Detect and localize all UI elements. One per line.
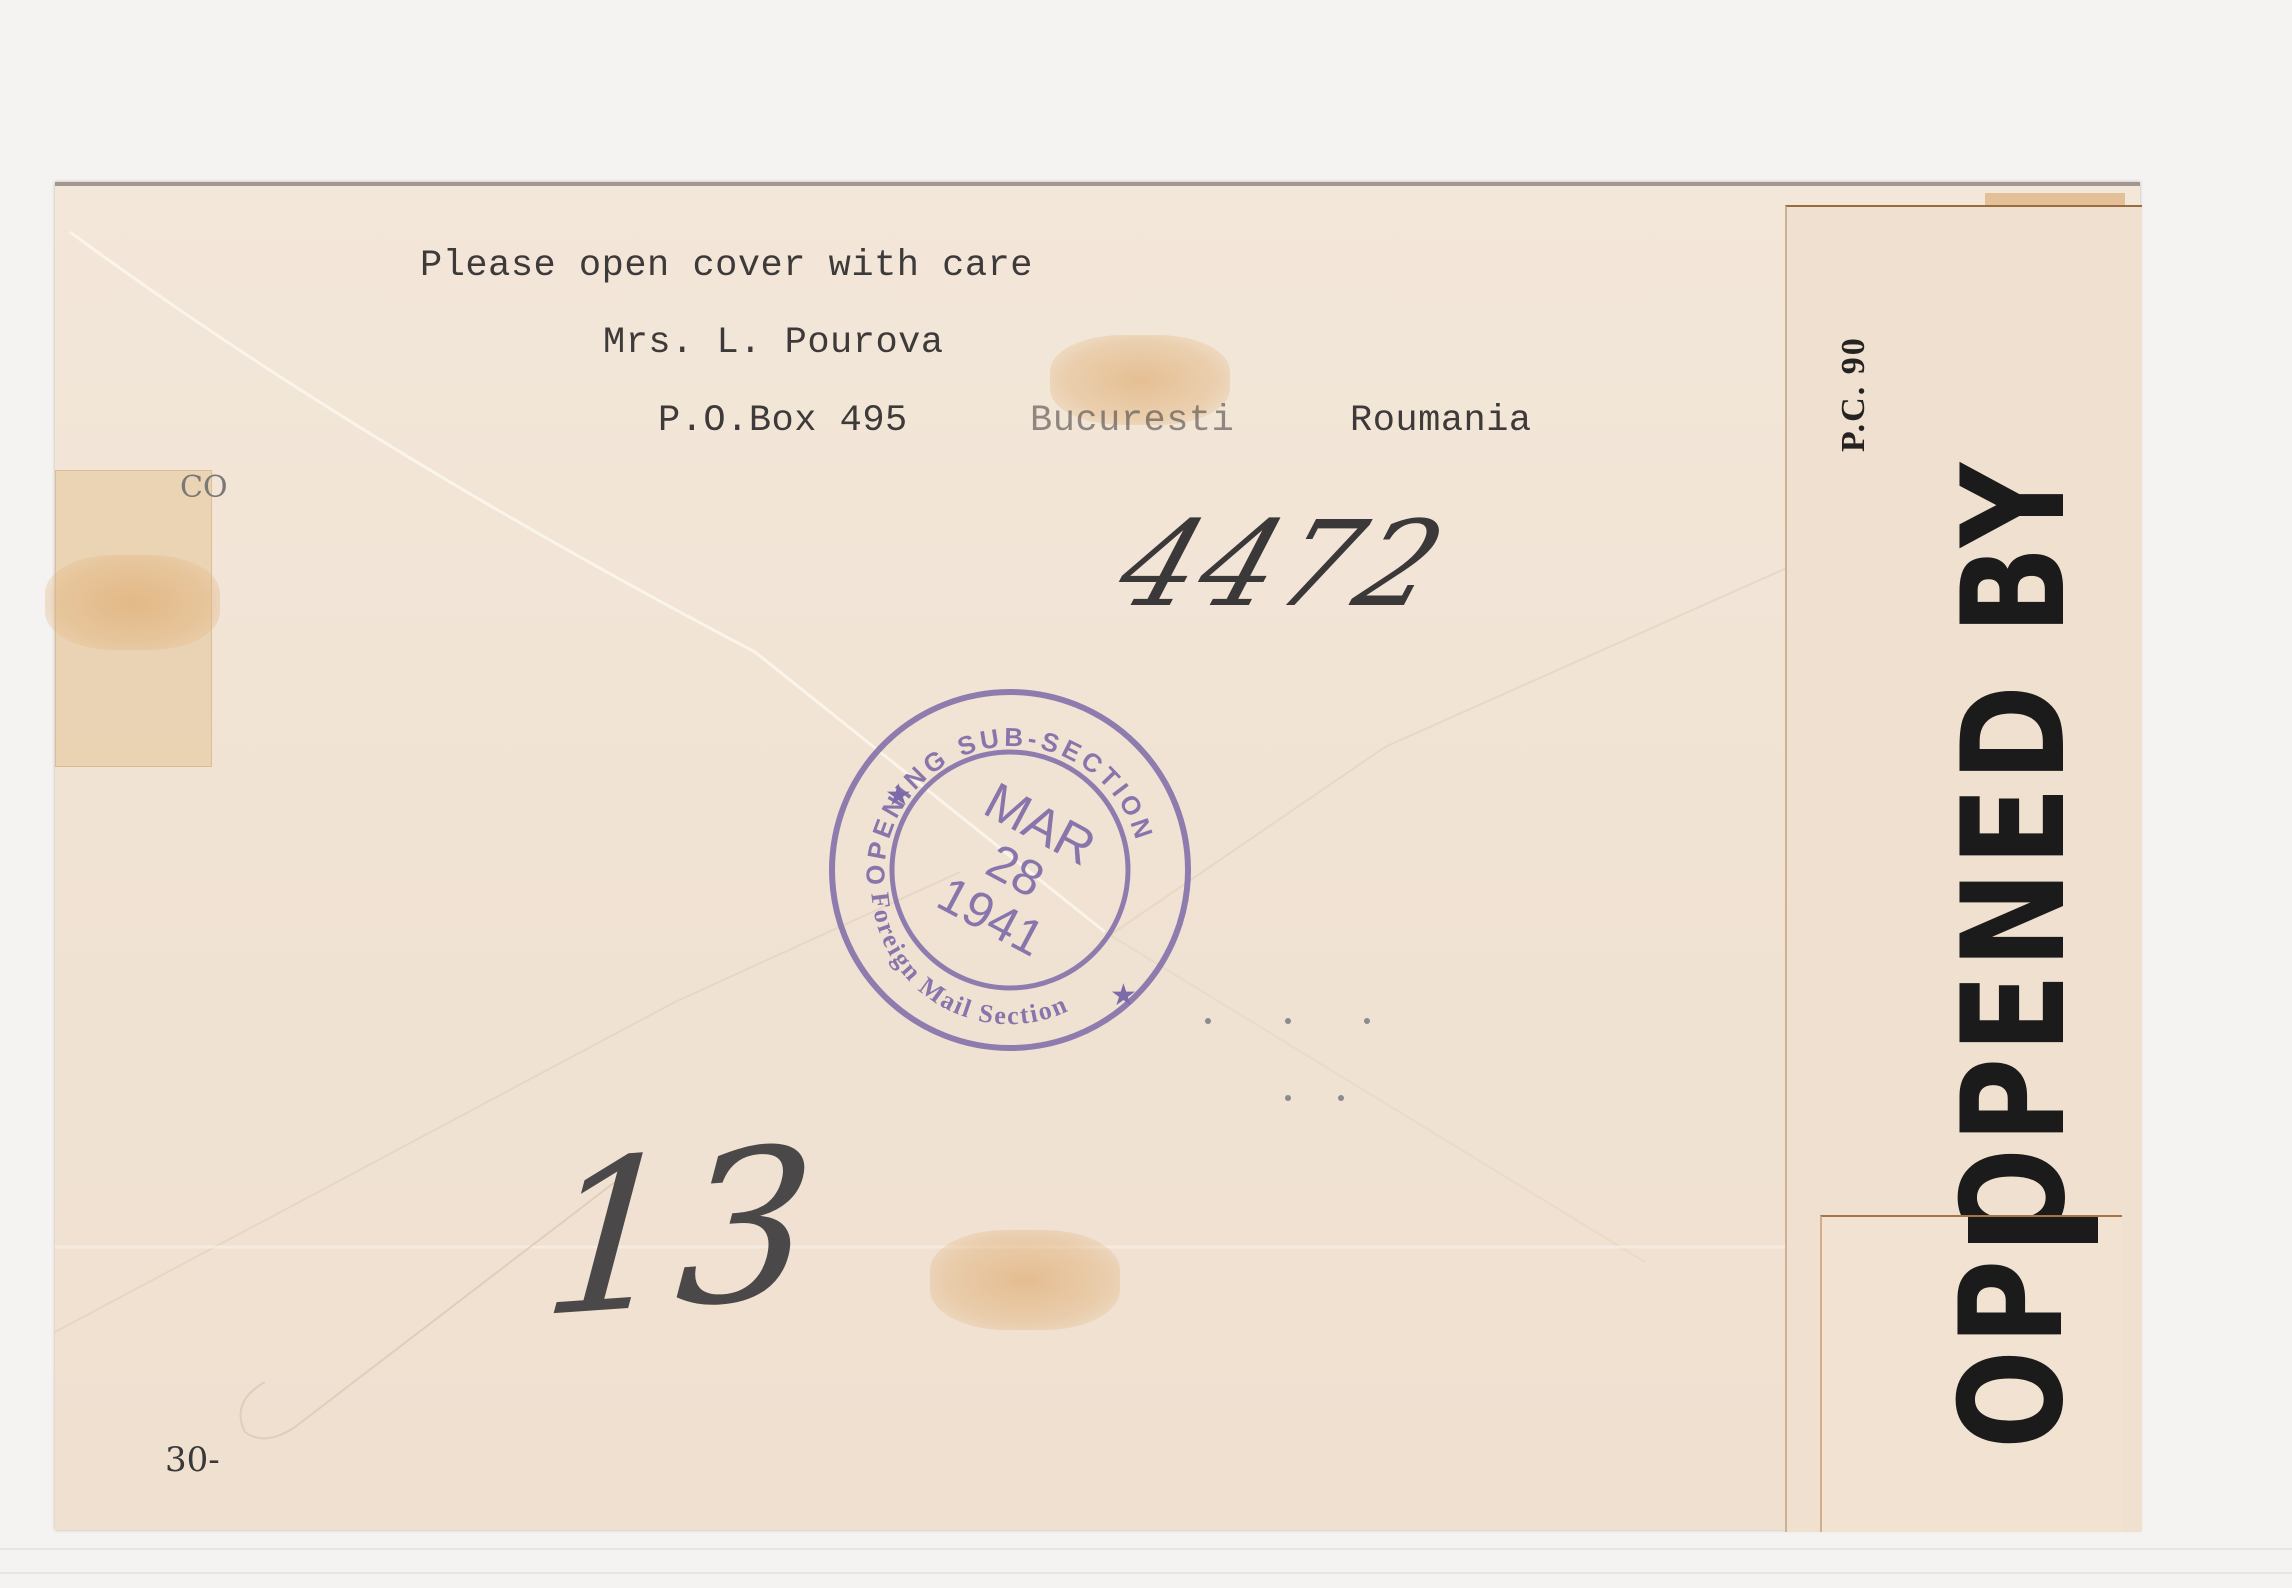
sleeve-edge-line <box>0 1572 2292 1574</box>
sleeve-edge-line <box>0 1548 2292 1550</box>
censor-handstamp: OPENING SUB-SECTION Foreign Mail Section… <box>825 685 1195 1055</box>
svg-text:★: ★ <box>885 779 912 812</box>
glue-stain <box>930 1230 1120 1330</box>
censor-code: P.C. 90 <box>1835 336 1873 452</box>
handwritten-number-bottom: 13 <box>535 1101 821 1364</box>
typed-country: Roumania <box>1350 400 1532 442</box>
typed-sender-name: Mrs. L. Pourova <box>603 322 944 364</box>
handwritten-number-top: 4472 <box>1103 495 1464 633</box>
pin-hole <box>1338 1095 1344 1101</box>
glue-stain <box>45 555 220 650</box>
censor-opened-by-text: OPENED BY <box>1932 458 2097 1247</box>
pin-hole <box>1285 1018 1291 1024</box>
typed-instruction: Please open cover with care <box>420 245 1033 287</box>
pin-hole <box>1364 1018 1370 1024</box>
pin-hole <box>1205 1018 1211 1024</box>
handwritten-corner-note: 30- <box>165 1440 220 1480</box>
typed-po-box: P.O.Box 495 <box>658 400 908 442</box>
censor-label-overlap: OP <box>1820 1215 2122 1532</box>
censor-fragment-text: OP <box>1930 1255 2095 1449</box>
handwritten-left-note: CO <box>180 470 228 505</box>
svg-text:★: ★ <box>1110 979 1137 1012</box>
censor-fragment-bar <box>1968 1217 2098 1243</box>
typed-city: Bucuresti <box>1030 400 1234 442</box>
stamp-rings: OPENING SUB-SECTION Foreign Mail Section… <box>825 685 1195 1055</box>
pin-hole <box>1285 1095 1291 1101</box>
